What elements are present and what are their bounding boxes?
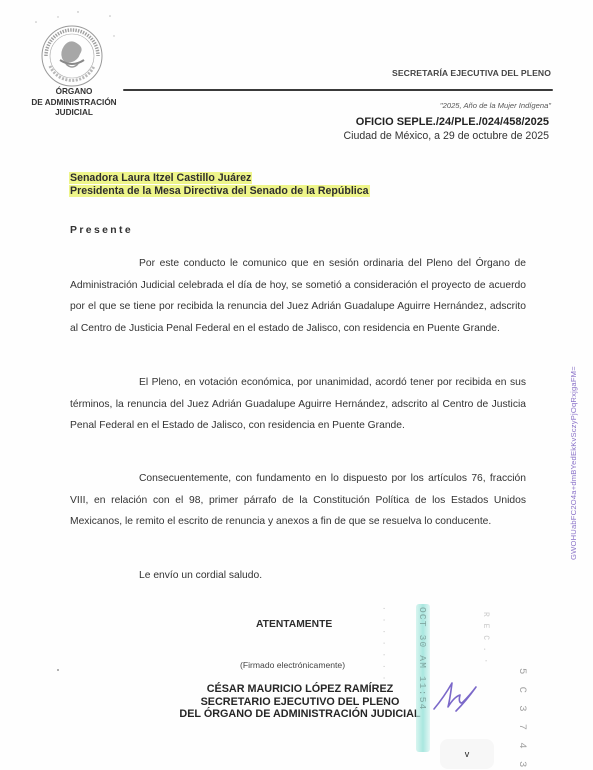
signed-electronically-note: (Firmado electrónicamente) — [240, 660, 345, 670]
valediction: ATENTAMENTE — [256, 619, 332, 630]
department-header: SECRETARÍA EJECUTIVA DEL PLENO — [392, 68, 551, 78]
handwritten-signature-icon — [430, 675, 480, 717]
document-page: ÓRGANO DE ADMINISTRACIÓN JUDICIAL SECRET… — [0, 0, 593, 770]
scan-speck — [57, 669, 59, 671]
signer-position: SECRETARIO EJECUTIVO DEL PLENO — [160, 696, 440, 709]
coat-of-arms-seal-icon — [40, 24, 104, 88]
signer-name: CÉSAR MAURICIO LÓPEZ RAMÍREZ — [160, 683, 440, 696]
org-line: JUDICIAL — [12, 108, 136, 119]
scroll-down-button[interactable]: v — [440, 739, 494, 769]
addressee-title: Presidenta de la Mesa Directiva del Sena… — [69, 185, 370, 197]
registry-number: 5 C 3 7 4 3 — [516, 668, 528, 770]
place-date: Ciudad de México, a 29 de octubre de 202… — [343, 130, 549, 142]
closing-line: Le envío un cordial saludo. — [139, 570, 262, 581]
salutation: Presente — [70, 225, 133, 236]
body-paragraph: El Pleno, en votación económica, por una… — [70, 372, 526, 437]
body-paragraph: Consecuentemente, con fundamento en lo d… — [70, 468, 526, 533]
oficio-number: OFICIO SEPLE./24/PLE./024/458/2025 — [356, 116, 549, 128]
chevron-down-icon: v — [465, 749, 470, 759]
electronic-signature-code: GWOHUabFC2O4a+dmBYedEkKvSczyPjOqRxjgaFM= — [569, 366, 578, 560]
org-line: DE ADMINISTRACIÓN — [12, 98, 136, 109]
faint-stamp-text: R E C . · — [481, 612, 490, 664]
signer-block: CÉSAR MAURICIO LÓPEZ RAMÍREZ SECRETARIO … — [160, 683, 440, 721]
signer-organization: DEL ÓRGANO DE ADMINISTRACIÓN JUDICIAL — [160, 708, 440, 721]
body-paragraph: Por este conducto le comunico que en ses… — [70, 253, 526, 339]
year-motto: "2025, Año de la Mujer Indígena" — [440, 101, 551, 110]
addressee-name: Senadora Laura Itzel Castillo Juárez — [69, 172, 252, 184]
addressee-block: Senadora Laura Itzel Castillo Juárez Pre… — [69, 172, 370, 198]
receipt-stamp-date: OCT 30 AM 11:54 — [417, 607, 428, 711]
organization-name: ÓRGANO DE ADMINISTRACIÓN JUDICIAL — [12, 87, 136, 119]
faint-stamp-text: · · · · · · · · · · — [379, 606, 388, 716]
header-divider — [123, 89, 553, 91]
org-line: ÓRGANO — [12, 87, 136, 98]
